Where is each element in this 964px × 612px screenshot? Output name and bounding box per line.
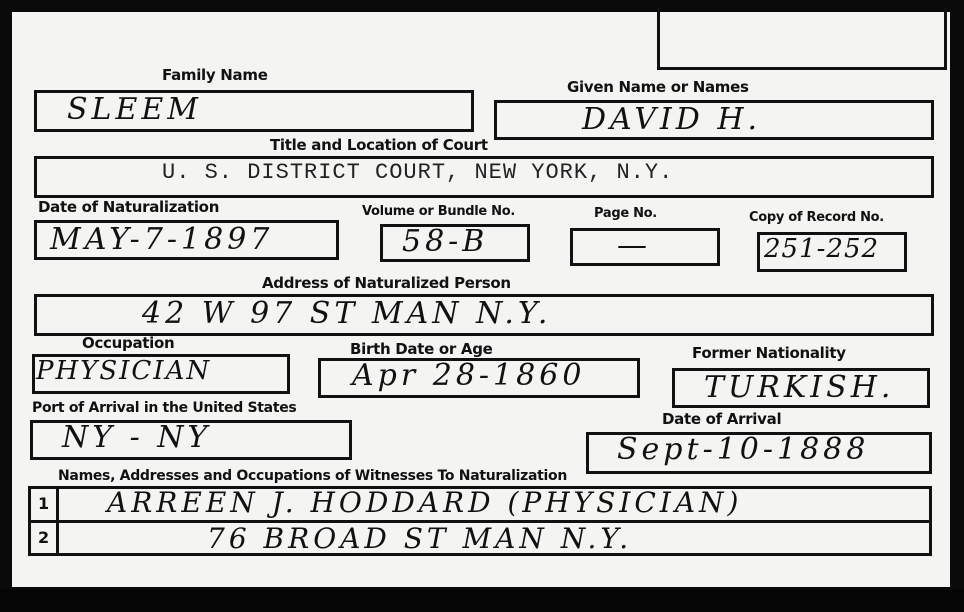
volume-label: Volume or Bundle No. [362, 204, 515, 219]
witnesses-label: Names, Addresses and Occupations of Witn… [58, 468, 567, 484]
court-label: Title and Location of Court [270, 136, 488, 154]
date-of-arrival-value: Sept-10-1888 [617, 432, 869, 467]
family-name-label: Family Name [162, 66, 268, 84]
occupation-value: PHYSICIAN [36, 356, 211, 386]
address-label: Address of Naturalized Person [262, 274, 511, 292]
former-nationality-value: TURKISH. [704, 370, 894, 405]
court-value: U. S. DISTRICT COURT, NEW YORK, N.Y. [162, 160, 673, 185]
port-of-arrival-value: NY - NY [62, 420, 211, 455]
witness-row-1-number: 1 [38, 494, 49, 513]
date-of-naturalization-label: Date of Naturalization [38, 198, 219, 216]
page-label: Page No. [594, 206, 657, 221]
birth-date-value: Apr 28-1860 [352, 358, 585, 393]
page-value: — [617, 228, 651, 263]
occupation-label: Occupation [82, 334, 174, 352]
date-of-naturalization-value: MAY-7-1897 [50, 222, 273, 257]
naturalization-card: Family Name SLEEM Given Name or Names DA… [12, 12, 950, 587]
scan-border-bottom [0, 590, 964, 612]
volume-value: 58-B [402, 224, 488, 259]
witness-row-2-number: 2 [38, 528, 49, 547]
given-name-label: Given Name or Names [567, 78, 749, 96]
copy-of-record-value: 251-252 [764, 234, 879, 264]
witness-row-2-value: 76 BROAD ST MAN N.Y. [207, 522, 632, 555]
port-of-arrival-label: Port of Arrival in the United States [32, 400, 296, 416]
given-name-value: DAVID H. [582, 102, 761, 137]
record-number-box [657, 8, 947, 70]
former-nationality-label: Former Nationality [692, 344, 846, 362]
address-value: 42 W 97 ST MAN N.Y. [142, 296, 551, 331]
witness-row-1-value: ARREEN J. HODDARD (PHYSICIAN) [107, 486, 742, 519]
copy-of-record-label: Copy of Record No. [749, 210, 884, 225]
family-name-value: SLEEM [67, 92, 202, 127]
date-of-arrival-label: Date of Arrival [662, 410, 781, 428]
birth-date-label: Birth Date or Age [350, 340, 493, 358]
witnesses-num-divider [56, 486, 59, 556]
